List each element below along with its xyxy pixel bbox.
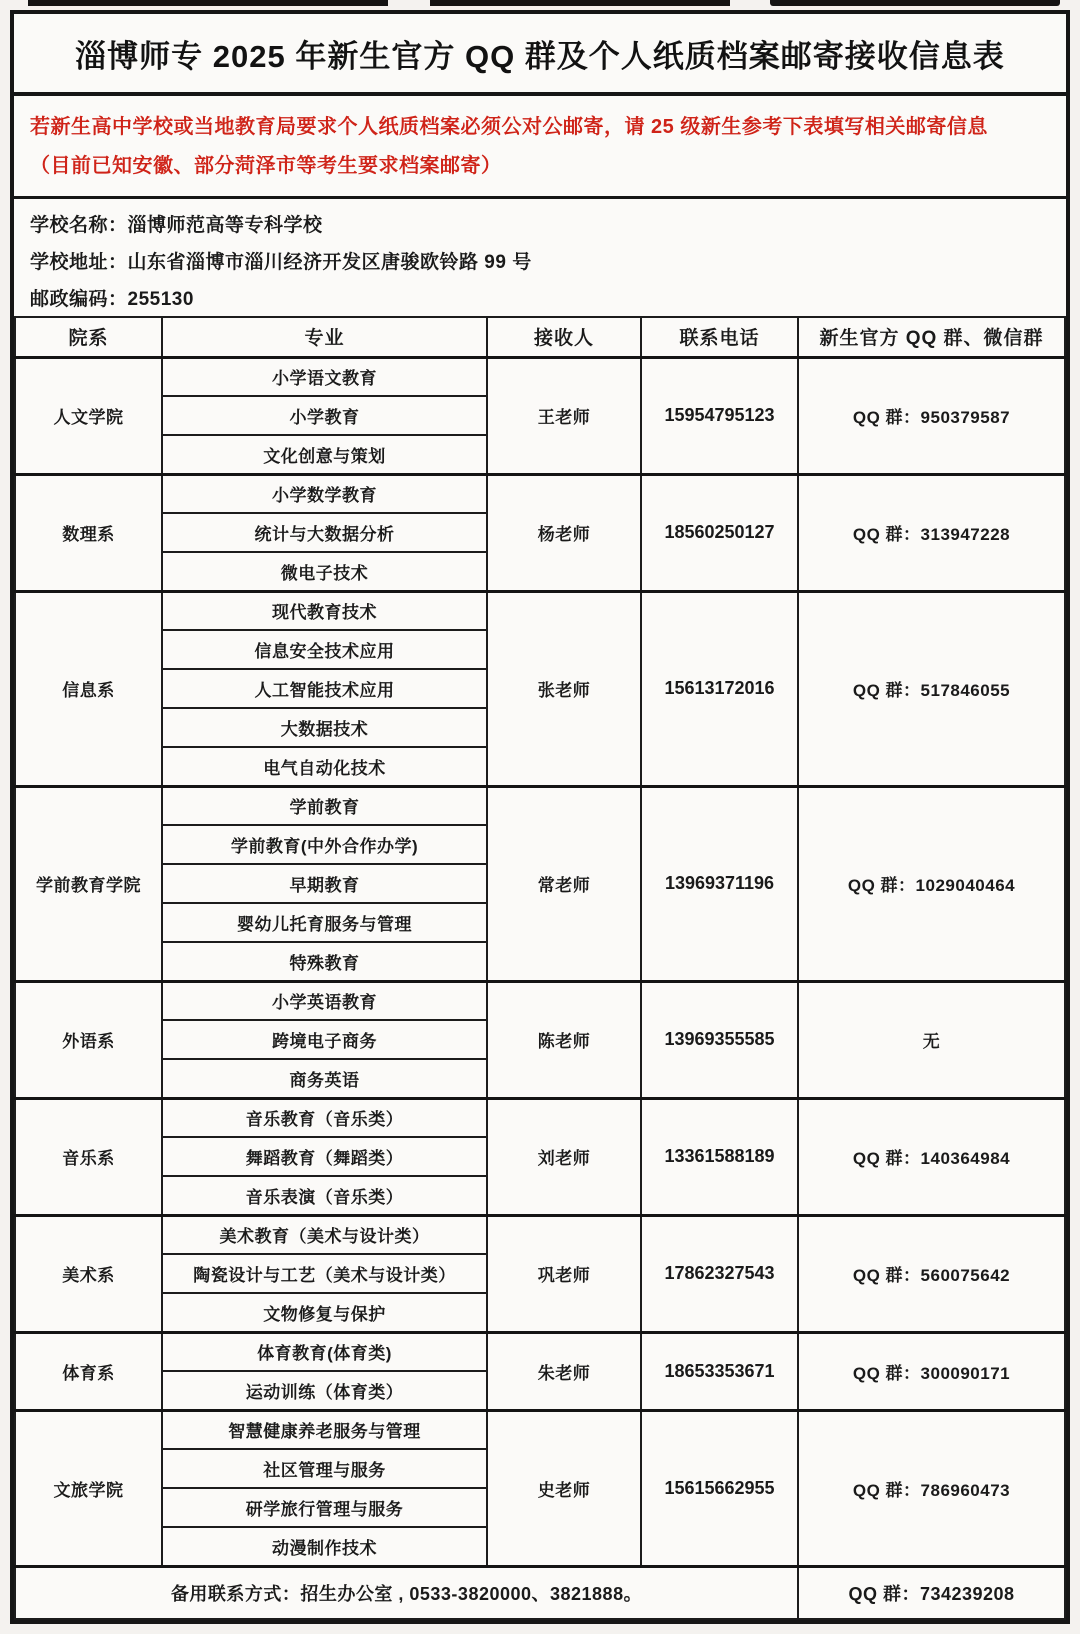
dept-cell: 人文学院 [15, 357, 162, 474]
table-row: 体育系 体育教育(体育类) 朱老师 18653353671 QQ 群：30009… [15, 1332, 1065, 1371]
header-major: 专业 [162, 317, 487, 357]
major-cell: 早期教育 [162, 864, 487, 903]
qq-cell: QQ 群：950379587 [798, 357, 1065, 474]
phone-cell: 13969355585 [641, 981, 798, 1098]
major-cell: 研学旅行管理与服务 [162, 1488, 487, 1527]
info-table-wrap: 院系 专业 接收人 联系电话 新生官方 QQ 群、微信群 人文学院 小学语文教育… [14, 316, 1066, 1620]
dept-cell: 音乐系 [15, 1098, 162, 1215]
dept-cell: 信息系 [15, 591, 162, 786]
table-row: 美术系 美术教育（美术与设计类） 巩老师 17862327543 QQ 群：56… [15, 1215, 1065, 1254]
major-cell: 音乐表演（音乐类） [162, 1176, 487, 1215]
title-block: 淄博师专 2025 年新生官方 QQ 群及个人纸质档案邮寄接收信息表 [14, 14, 1066, 96]
major-cell: 信息安全技术应用 [162, 630, 487, 669]
school-name: 学校名称：淄博师范高等专科学校 [30, 207, 1050, 244]
major-cell: 小学教育 [162, 396, 487, 435]
major-cell: 统计与大数据分析 [162, 513, 487, 552]
contact-cell: 刘老师 [487, 1098, 641, 1215]
contact-cell: 杨老师 [487, 474, 641, 591]
major-cell: 婴幼儿托育服务与管理 [162, 903, 487, 942]
header-dept: 院系 [15, 317, 162, 357]
major-cell: 人工智能技术应用 [162, 669, 487, 708]
dept-cell: 学前教育学院 [15, 786, 162, 981]
qq-cell: 无 [798, 981, 1065, 1098]
scan-artifact [770, 0, 1060, 6]
header-contact: 接收人 [487, 317, 641, 357]
table-row: 音乐系 音乐教育（音乐类） 刘老师 13361588189 QQ 群：14036… [15, 1098, 1065, 1137]
backup-contact-note: 备用联系方式：招生办公室 , 0533-3820000、3821888。 [15, 1566, 798, 1619]
table-footer-row: 备用联系方式：招生办公室 , 0533-3820000、3821888。 QQ … [15, 1566, 1065, 1619]
major-cell: 动漫制作技术 [162, 1527, 487, 1566]
major-cell: 大数据技术 [162, 708, 487, 747]
qq-cell: QQ 群：786960473 [798, 1410, 1065, 1566]
phone-cell: 15954795123 [641, 357, 798, 474]
qq-group-table: 院系 专业 接收人 联系电话 新生官方 QQ 群、微信群 人文学院 小学语文教育… [14, 316, 1066, 1620]
dept-cell: 文旅学院 [15, 1410, 162, 1566]
major-cell: 小学语文教育 [162, 357, 487, 396]
major-cell: 运动训练（体育类） [162, 1371, 487, 1410]
phone-cell: 13361588189 [641, 1098, 798, 1215]
phone-cell: 15615662955 [641, 1410, 798, 1566]
notice-line-1: 若新生高中学校或当地教育局要求个人纸质档案必须公对公邮寄，请 25 级新生参考下… [30, 110, 1050, 144]
major-cell: 跨境电子商务 [162, 1020, 487, 1059]
dept-cell: 数理系 [15, 474, 162, 591]
qq-cell: QQ 群：300090171 [798, 1332, 1065, 1410]
qq-cell: QQ 群：517846055 [798, 591, 1065, 786]
contact-cell: 朱老师 [487, 1332, 641, 1410]
scan-artifact [430, 0, 730, 6]
major-cell: 社区管理与服务 [162, 1449, 487, 1488]
header-phone: 联系电话 [641, 317, 798, 357]
major-cell: 学前教育 [162, 786, 487, 825]
major-cell: 舞蹈教育（舞蹈类） [162, 1137, 487, 1176]
major-cell: 小学数学教育 [162, 474, 487, 513]
major-cell: 美术教育（美术与设计类） [162, 1215, 487, 1254]
contact-cell: 王老师 [487, 357, 641, 474]
major-cell: 陶瓷设计与工艺（美术与设计类） [162, 1254, 487, 1293]
dept-cell: 外语系 [15, 981, 162, 1098]
phone-cell: 17862327543 [641, 1215, 798, 1332]
dept-cell: 美术系 [15, 1215, 162, 1332]
qq-cell: QQ 群：140364984 [798, 1098, 1065, 1215]
page-title: 淄博师专 2025 年新生官方 QQ 群及个人纸质档案邮寄接收信息表 [75, 31, 1005, 76]
major-cell: 现代教育技术 [162, 591, 487, 630]
notice-line-2: （目前已知安徽、部分菏泽市等考生要求档案邮寄） [30, 149, 1050, 183]
table-row: 数理系 小学数学教育 杨老师 18560250127 QQ 群：31394722… [15, 474, 1065, 513]
major-cell: 电气自动化技术 [162, 747, 487, 786]
table-row: 文旅学院 智慧健康养老服务与管理 史老师 15615662955 QQ 群：78… [15, 1410, 1065, 1449]
phone-cell: 18560250127 [641, 474, 798, 591]
contact-cell: 陈老师 [487, 981, 641, 1098]
footer-qq-cell: QQ 群：734239208 [798, 1566, 1065, 1619]
notice-block: 若新生高中学校或当地教育局要求个人纸质档案必须公对公邮寄，请 25 级新生参考下… [14, 96, 1066, 199]
table-row: 外语系 小学英语教育 陈老师 13969355585 无 [15, 981, 1065, 1020]
qq-cell: QQ 群：1029040464 [798, 786, 1065, 981]
dept-cell: 体育系 [15, 1332, 162, 1410]
major-cell: 文物修复与保护 [162, 1293, 487, 1332]
table-row: 学前教育学院 学前教育 常老师 13969371196 QQ 群：1029040… [15, 786, 1065, 825]
major-cell: 学前教育(中外合作办学) [162, 825, 487, 864]
school-info-block: 学校名称：淄博师范高等专科学校 学校地址：山东省淄博市淄川经济开发区唐骏欧铃路 … [14, 199, 1066, 316]
contact-cell: 常老师 [487, 786, 641, 981]
scan-artifact [28, 0, 388, 6]
contact-cell: 巩老师 [487, 1215, 641, 1332]
school-address: 学校地址：山东省淄博市淄川经济开发区唐骏欧铃路 99 号 [30, 244, 1050, 281]
major-cell: 文化创意与策划 [162, 435, 487, 474]
major-cell: 智慧健康养老服务与管理 [162, 1410, 487, 1449]
major-cell: 小学英语教育 [162, 981, 487, 1020]
table-row: 人文学院 小学语文教育 王老师 15954795123 QQ 群：9503795… [15, 357, 1065, 396]
table-header-row: 院系 专业 接收人 联系电话 新生官方 QQ 群、微信群 [15, 317, 1065, 357]
document-frame: 淄博师专 2025 年新生官方 QQ 群及个人纸质档案邮寄接收信息表 若新生高中… [10, 10, 1070, 1624]
major-cell: 特殊教育 [162, 942, 487, 981]
phone-cell: 15613172016 [641, 591, 798, 786]
major-cell: 体育教育(体育类) [162, 1332, 487, 1371]
contact-cell: 史老师 [487, 1410, 641, 1566]
major-cell: 音乐教育（音乐类） [162, 1098, 487, 1137]
contact-cell: 张老师 [487, 591, 641, 786]
phone-cell: 13969371196 [641, 786, 798, 981]
school-postcode: 邮政编码：255130 [30, 281, 1050, 318]
table-row: 信息系 现代教育技术 张老师 15613172016 QQ 群：51784605… [15, 591, 1065, 630]
major-cell: 微电子技术 [162, 552, 487, 591]
qq-cell: QQ 群：560075642 [798, 1215, 1065, 1332]
qq-cell: QQ 群：313947228 [798, 474, 1065, 591]
major-cell: 商务英语 [162, 1059, 487, 1098]
header-qq: 新生官方 QQ 群、微信群 [798, 317, 1065, 357]
phone-cell: 18653353671 [641, 1332, 798, 1410]
